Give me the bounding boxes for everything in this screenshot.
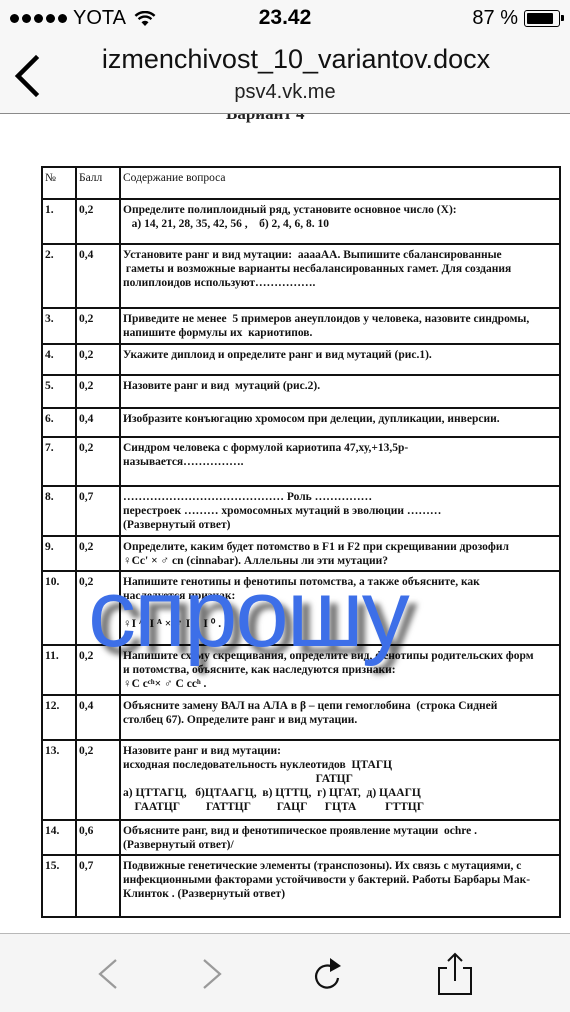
question-score: 0,2 (76, 375, 120, 408)
document-title: izmenchivost_10_variantov.docx (0, 44, 570, 75)
question-text-line: Напишите генотипы и фенотипы потомства, … (123, 575, 557, 589)
question-score: 0,2 (76, 536, 120, 571)
question-text-line: называется……………. (123, 455, 557, 469)
question-score: 0,2 (76, 437, 120, 486)
question-text-line: Объясните замену ВАЛ на АЛА в β – цепи г… (123, 699, 557, 713)
battery-status: 87 % (472, 7, 560, 30)
battery-icon (524, 10, 560, 27)
question-number: 15. (42, 855, 76, 917)
question-text: Изобразите конъюгацию хромосом при делец… (120, 408, 560, 437)
question-text: Приведите не менее 5 примеров анеуплоидо… (120, 308, 560, 344)
table-row: 12.0,4Объясните замену ВАЛ на АЛА в β – … (42, 695, 560, 740)
question-score: 0,2 (76, 344, 120, 375)
question-text-line: Определите полиплоидный ряд, установите … (123, 203, 557, 217)
question-score: 0,4 (76, 695, 120, 740)
variant-title: Вариант 4 (226, 114, 304, 124)
question-text-line: столбец 67). Определите ранг и вид мутац… (123, 713, 557, 727)
question-score: 0,6 (76, 820, 120, 855)
battery-percent: 87 % (472, 7, 518, 30)
question-score: 0,4 (76, 408, 120, 437)
navigation-header: izmenchivost_10_variantov.docx psv4.vk.m… (0, 38, 570, 114)
question-text-line: Подвижные генетические элементы (транспо… (123, 859, 557, 873)
column-header-score: Балл (76, 167, 120, 199)
question-text-line: инфекционными факторами устойчивости у б… (123, 873, 557, 887)
question-number: 2. (42, 244, 76, 308)
table-row: 8.0,7…………………………………… Роль ……………перестроек… (42, 486, 560, 536)
table-row: 2.0,4Установите ранг и вид мутации: аааа… (42, 244, 560, 308)
question-text-line: ГАТЦГ (123, 772, 557, 786)
question-text-line: а) ЦТТАГЦ, б)ЦТААГЦ, в) ЦТТЦ, г) ЦГАТ, д… (123, 786, 557, 800)
question-text-line: Установите ранг и вид мутации: ааааАА. В… (123, 248, 557, 262)
table-row: 11.0,2Напишите схему скрещивания, опреде… (42, 645, 560, 695)
table-row: 3.0,2Приведите не менее 5 примеров анеуп… (42, 308, 560, 344)
share-icon (433, 952, 477, 1002)
table-row: 6.0,4Изобразите конъюгацию хромосом при … (42, 408, 560, 437)
question-number: 3. (42, 308, 76, 344)
question-text: Объясните замену ВАЛ на АЛА в β – цепи г… (120, 695, 560, 740)
question-text-line: ♀I ᴬ I ᴬ × ♂ I ⁰ I ⁰ . (123, 617, 557, 631)
chevron-left-icon (88, 952, 132, 996)
question-text-line: ♀Cc' × ♂ cn (cinnabar). Аллельны ли эти … (123, 554, 557, 568)
question-text: Подвижные генетические элементы (транспо… (120, 855, 560, 917)
question-text: Напишите схему скрещивания, определите в… (120, 645, 560, 695)
reload-icon (306, 952, 350, 996)
question-text-line: Изобразите конъюгацию хромосом при делец… (123, 412, 557, 426)
question-text: Объясните ранг, вид и фенотипическое про… (120, 820, 560, 855)
question-number: 8. (42, 486, 76, 536)
question-text: …………………………………… Роль ……………перестроек ……… … (120, 486, 560, 536)
column-header-content: Содержание вопроса (120, 167, 560, 199)
question-text: Определите полиплоидный ряд, установите … (120, 199, 560, 244)
questions-table: № Балл Содержание вопроса 1.0,2Определит… (41, 166, 561, 918)
question-text-line: а) 14, 21, 28, 35, 42, 56 , б) 2, 4, 6, … (123, 217, 557, 231)
table-header-row: № Балл Содержание вопроса (42, 167, 560, 199)
question-number: 12. (42, 695, 76, 740)
question-score: 0,7 (76, 486, 120, 536)
question-score: 0,7 (76, 855, 120, 917)
question-text: Установите ранг и вид мутации: ааааАА. В… (120, 244, 560, 308)
toolbar-forward-button[interactable] (188, 952, 232, 996)
question-number: 9. (42, 536, 76, 571)
question-text: Назовите ранг и вид мутаций (рис.2). (120, 375, 560, 408)
table-row: 1.0,2Определите полиплоидный ряд, устано… (42, 199, 560, 244)
table-row: 9.0,2Определите, каким будет потомство в… (42, 536, 560, 571)
question-number: 10. (42, 571, 76, 645)
question-text-line: Синдром человека с формулой кариотипа 47… (123, 441, 557, 455)
table-row: 7.0,2Синдром человека с формулой кариоти… (42, 437, 560, 486)
question-text-line: Приведите не менее 5 примеров анеуплоидо… (123, 312, 557, 326)
table-row: 15.0,7Подвижные генетические элементы (т… (42, 855, 560, 917)
toolbar-back-button[interactable] (88, 952, 132, 996)
question-text-line: и потомства, объясните, как наследуются … (123, 663, 557, 677)
question-text-line: гаметы и возможные варианты несбалансиро… (123, 262, 557, 276)
question-number: 1. (42, 199, 76, 244)
question-number: 7. (42, 437, 76, 486)
question-text-line: Укажите диплоид и определите ранг и вид … (123, 348, 557, 362)
status-bar: YOTA 23.42 87 % (0, 0, 570, 38)
question-score: 0,2 (76, 645, 120, 695)
question-text-line: Напишите схему скрещивания, определите в… (123, 649, 557, 663)
question-score: 0,2 (76, 199, 120, 244)
question-text-line: напишите формулы их кариотипов. (123, 326, 557, 340)
question-score: 0,2 (76, 571, 120, 645)
document-source-url: psv4.vk.me (0, 81, 570, 104)
question-number: 4. (42, 344, 76, 375)
question-text-line: исходная последовательность нуклеотидов … (123, 758, 557, 772)
question-text-line: Назовите ранг и вид мутаций (рис.2). (123, 379, 557, 393)
question-number: 14. (42, 820, 76, 855)
question-text: Синдром человека с формулой кариотипа 47… (120, 437, 560, 486)
question-text-line: наследуется признак: (123, 589, 557, 603)
question-number: 6. (42, 408, 76, 437)
question-text-line: …………………………………… Роль …………… (123, 490, 557, 504)
table-row: 5.0,2Назовите ранг и вид мутаций (рис.2)… (42, 375, 560, 408)
question-text: Укажите диплоид и определите ранг и вид … (120, 344, 560, 375)
question-text: Назовите ранг и вид мутации:исходная пос… (120, 740, 560, 820)
question-number: 11. (42, 645, 76, 695)
question-text-line: Объясните ранг, вид и фенотипическое про… (123, 824, 557, 838)
chevron-right-icon (188, 952, 232, 996)
question-number: 13. (42, 740, 76, 820)
question-text-line: ♀C cᶜʰ× ♂ C ccʰ . (123, 677, 557, 691)
table-row: 10.0,2Напишите генотипы и фенотипы потом… (42, 571, 560, 645)
column-header-number: № (42, 167, 76, 199)
browser-toolbar (0, 933, 570, 1012)
question-text-line: ГААТЦГ ГАТТЦГ ГАЦГ ГЦТА ГТТЦГ (123, 800, 557, 814)
question-text-line: Назовите ранг и вид мутации: (123, 744, 557, 758)
question-text: Напишите генотипы и фенотипы потомства, … (120, 571, 560, 645)
question-text-line: Клинток . (Развернутый ответ) (123, 887, 557, 901)
reload-button[interactable] (306, 952, 350, 996)
question-text-line (123, 603, 557, 617)
document-viewer[interactable]: Вариант 4 № Балл Содержание вопроса 1.0,… (0, 114, 570, 934)
table-row: 14.0,6Объясните ранг, вид и фенотипическ… (42, 820, 560, 855)
question-number: 5. (42, 375, 76, 408)
question-score: 0,2 (76, 740, 120, 820)
question-score: 0,2 (76, 308, 120, 344)
question-text-line: Определите, каким будет потомство в F1 и… (123, 540, 557, 554)
question-text-line: полиплоидов используют……………. (123, 276, 557, 290)
question-score: 0,4 (76, 244, 120, 308)
question-text-line: (Развернутый ответ) (123, 518, 557, 532)
question-text-line: перестроек ……… хромосомных мутаций в эво… (123, 504, 557, 518)
share-button[interactable] (433, 952, 477, 996)
table-row: 4.0,2Укажите диплоид и определите ранг и… (42, 344, 560, 375)
question-text: Определите, каким будет потомство в F1 и… (120, 536, 560, 571)
table-row: 13.0,2Назовите ранг и вид мутации:исходн… (42, 740, 560, 820)
question-text-line: (Развернутый ответ)/ (123, 838, 557, 852)
